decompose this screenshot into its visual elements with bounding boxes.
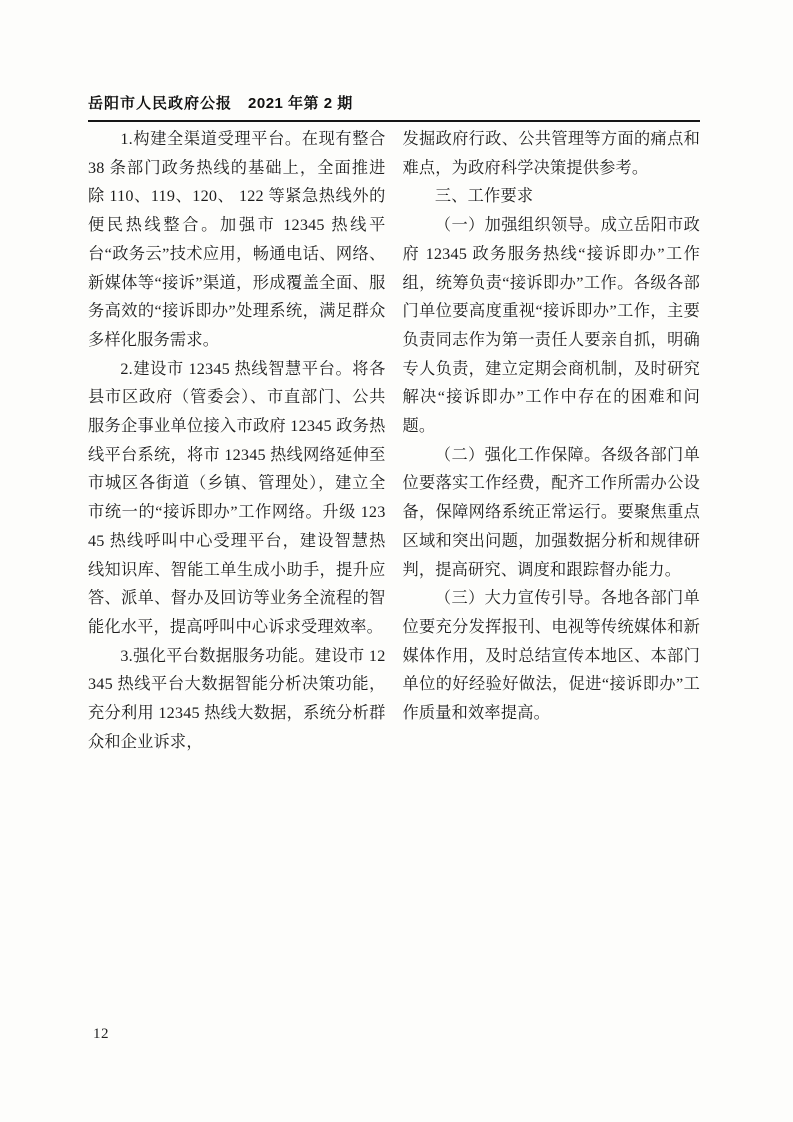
two-column-content: 1.构建全渠道受理平台。在现有整合 38 条部门政务热线的基础上，全面推进除 1…	[88, 125, 700, 756]
left-column: 1.构建全渠道受理平台。在现有整合 38 条部门政务热线的基础上，全面推进除 1…	[88, 125, 386, 756]
paragraph-item-1: （一）加强组织领导。成立岳阳市政府 12345 政务服务热线“接诉即办”工作组，…	[403, 211, 701, 441]
paragraph-3-continuation: 发掘政府行政、公共管理等方面的痛点和难点，为政府科学决策提供参考。	[403, 125, 701, 182]
issue-label: 2021 年第 2 期	[248, 95, 353, 112]
page-number: 12	[93, 1026, 109, 1043]
paragraph-item-3: （三）大力宣传引导。各地各部门单位要充分发挥报刊、电视等传统媒体和新媒体作用，及…	[403, 584, 701, 728]
paragraph-3: 3.强化平台数据服务功能。建设市 12345 热线平台大数据智能分析决策功能，充…	[88, 642, 386, 757]
running-header: 岳阳市人民政府公报2021 年第 2 期	[88, 92, 700, 122]
gazette-page: 岳阳市人民政府公报2021 年第 2 期 1.构建全渠道受理平台。在现有整合 3…	[0, 0, 793, 1122]
section-heading: 三、工作要求	[403, 182, 701, 211]
right-column: 发掘政府行政、公共管理等方面的痛点和难点，为政府科学决策提供参考。 三、工作要求…	[403, 125, 701, 756]
paragraph-1: 1.构建全渠道受理平台。在现有整合 38 条部门政务热线的基础上，全面推进除 1…	[88, 125, 386, 355]
gazette-title: 岳阳市人民政府公报	[88, 95, 232, 112]
paragraph-2: 2.建设市 12345 热线智慧平台。将各县市区政府（管委会）、市直部门、公共服…	[88, 355, 386, 642]
paragraph-item-2: （二）强化工作保障。各级各部门单位要落实工作经费，配齐工作所需办公设备，保障网络…	[403, 441, 701, 585]
